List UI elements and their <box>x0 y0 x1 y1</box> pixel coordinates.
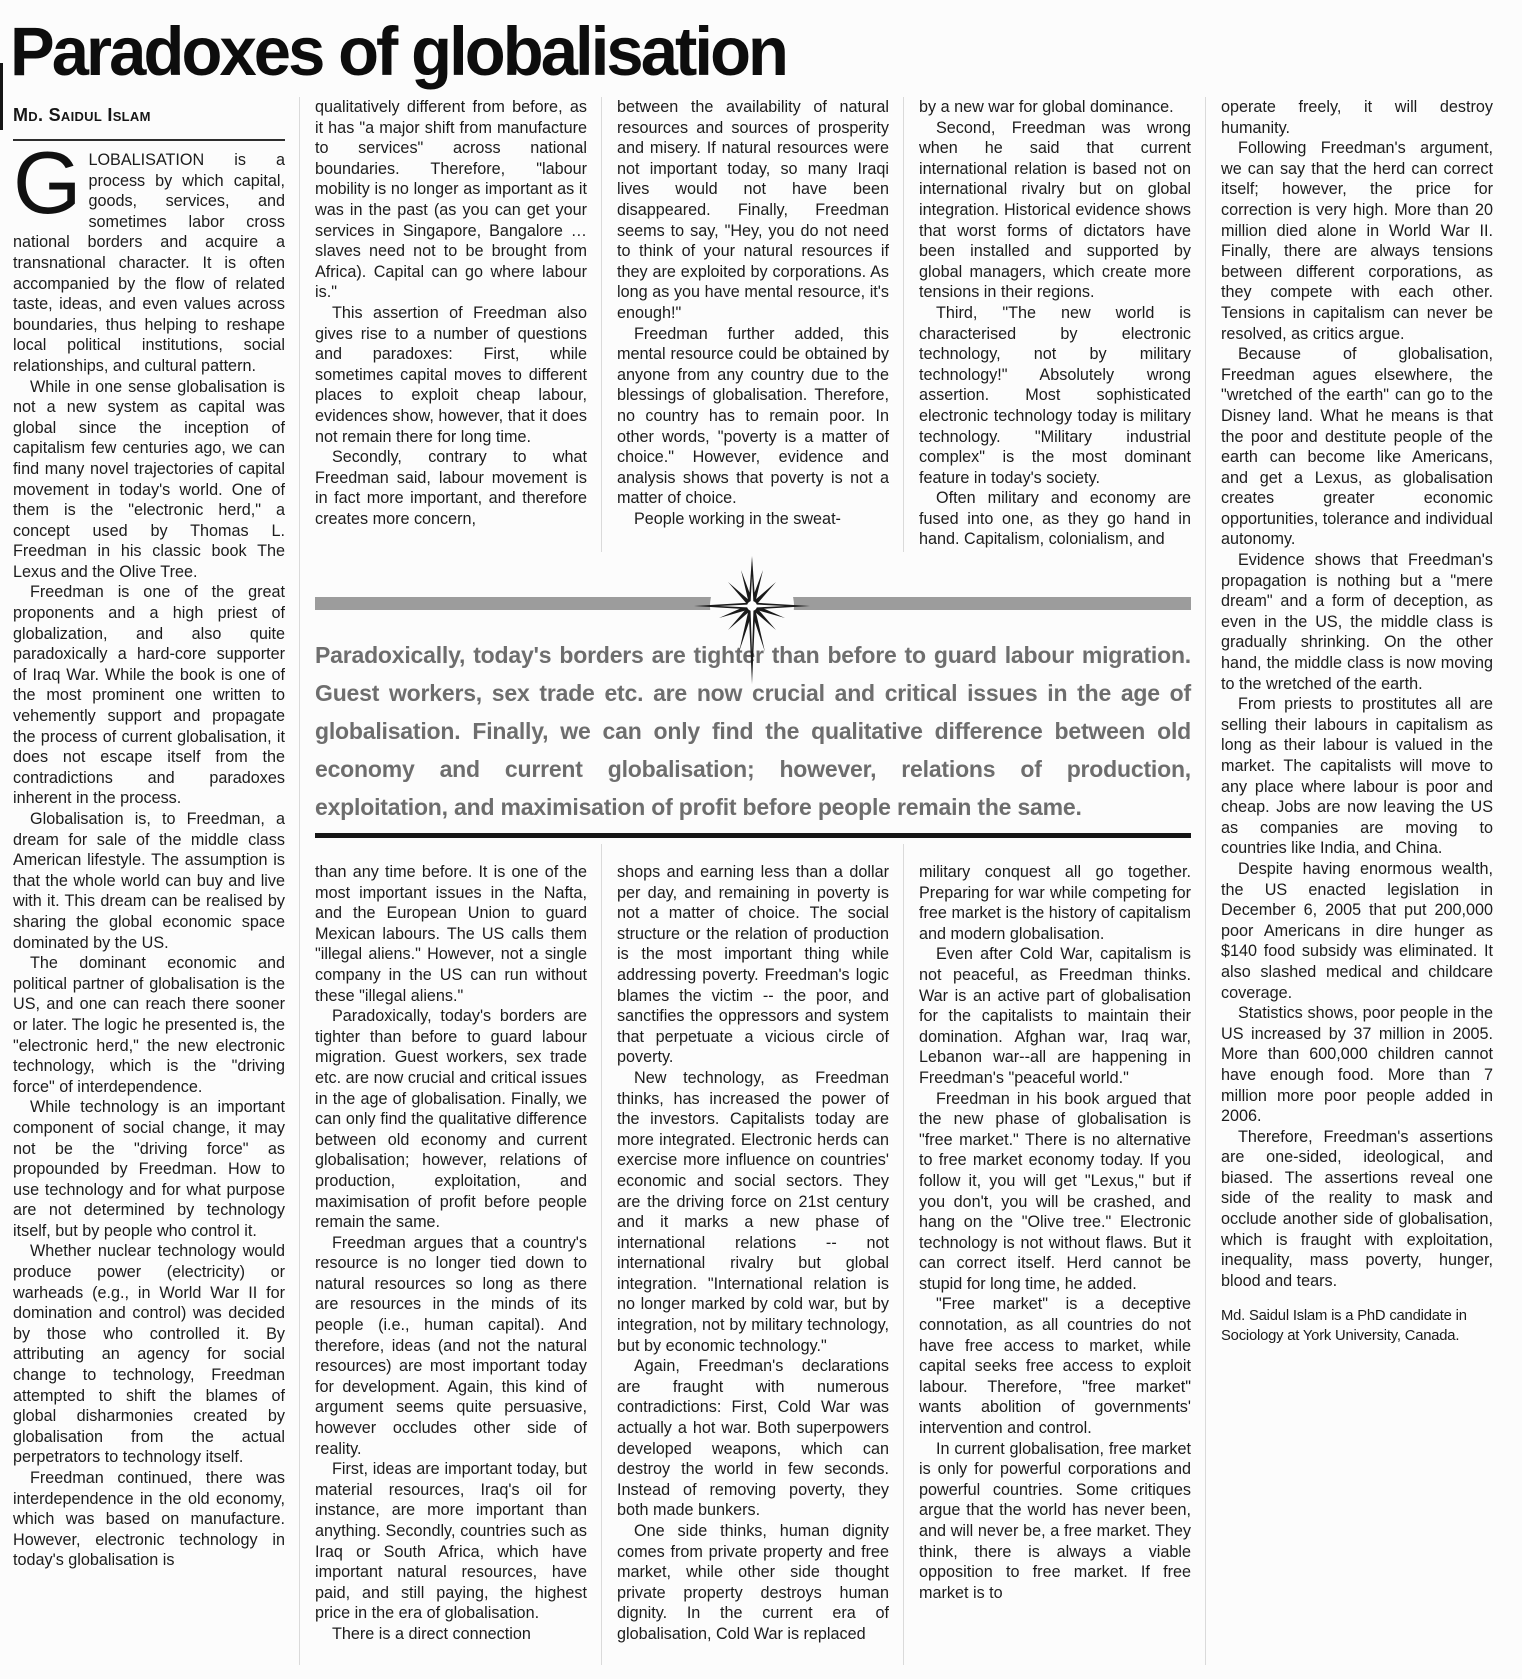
paragraph: Freedman is one of the great proponents … <box>13 582 285 809</box>
paragraph: While technology is an important compone… <box>13 1097 285 1241</box>
paragraph: Evidence shows that Freedman's propagati… <box>1221 550 1493 694</box>
paragraph: Third, "The new world is characterised b… <box>919 303 1191 488</box>
newspaper-page: Paradoxes of globalisation Md. Saidul Is… <box>0 0 1522 1679</box>
lead-paragraph: GLOBALISATION is a process by which capi… <box>13 150 285 377</box>
paragraph: Statistics shows, poor people in the US … <box>1221 1003 1493 1127</box>
paragraph: The dominant economic and political part… <box>13 953 285 1097</box>
paragraph: Following Freedman's argument, we can sa… <box>1221 138 1493 344</box>
paragraph: From priests to prostitutes all are sell… <box>1221 694 1493 859</box>
paragraph: qualitatively different from before, as … <box>315 97 587 303</box>
paragraph: Freedman further added, this mental reso… <box>617 324 889 509</box>
byline-divider <box>13 139 285 141</box>
paragraph: operate freely, it will destroy humanity… <box>1221 97 1493 138</box>
paragraph: Globalisation is, to Freedman, a dream f… <box>13 809 285 953</box>
paragraph: Secondly, contrary to what Freedman said… <box>315 447 587 529</box>
paragraph: between the availability of natural reso… <box>617 97 889 324</box>
starburst-icon <box>677 540 827 690</box>
paragraph: Again, Freedman's declarations are fraug… <box>617 1356 889 1521</box>
paragraph: by a new war for global dominance. <box>919 97 1191 118</box>
paragraph: Freedman continued, there was interdepen… <box>13 1468 285 1571</box>
paragraph: Despite having enormous wealth, the US e… <box>1221 859 1493 1003</box>
paragraph: military conquest all go together. Prepa… <box>919 862 1191 944</box>
column-5-text: operate freely, it will destroy humanity… <box>1221 97 1493 1291</box>
byline: Md. Saidul Islam <box>13 105 151 126</box>
column-4-top: by a new war for global dominance.Second… <box>919 97 1191 579</box>
column-4-bottom: military conquest all go together. Prepa… <box>919 862 1191 1672</box>
paragraph: Often military and economy are fused int… <box>919 488 1191 550</box>
paragraph: While in one sense globalisation is not … <box>13 377 285 583</box>
paragraph: Paradoxically, today's borders are tight… <box>315 1006 587 1233</box>
paragraph: In current globalisation, free market is… <box>919 1439 1191 1604</box>
paragraph: shops and earning less than a dollar per… <box>617 862 889 1068</box>
column-2-bottom: than any time before. It is one of the m… <box>315 862 587 1672</box>
paragraph: New technology, as Freedman thinks, has … <box>617 1068 889 1356</box>
paragraph: Even after Cold War, capitalism is not p… <box>919 944 1191 1088</box>
paragraph: Freedman in his book argued that the new… <box>919 1089 1191 1295</box>
paragraph: First, ideas are important today, but ma… <box>315 1459 587 1624</box>
pull-quote-bottom-rule <box>315 833 1191 838</box>
paragraph: Whether nuclear technology would produce… <box>13 1241 285 1468</box>
column-3-top: between the availability of natural reso… <box>617 97 889 579</box>
scan-edge-artifact <box>0 63 3 130</box>
column-divider <box>601 97 602 1665</box>
paragraph: Freedman argues that a country's resourc… <box>315 1233 587 1460</box>
column-divider <box>299 97 300 1665</box>
paragraph: Therefore, Freedman's assertions are one… <box>1221 1127 1493 1292</box>
column-divider <box>1205 97 1206 1665</box>
column-2-top: qualitatively different from before, as … <box>315 97 587 579</box>
column-divider <box>903 97 904 1665</box>
paragraph: Because of globalisation, Freedman agues… <box>1221 344 1493 550</box>
article-title: Paradoxes of globalisation <box>10 12 786 91</box>
pull-quote-block: Paradoxically, today's borders are tight… <box>315 552 1191 844</box>
column-3-bottom: shops and earning less than a dollar per… <box>617 862 889 1672</box>
column-5: operate freely, it will destroy humanity… <box>1221 97 1493 1673</box>
paragraph: One side thinks, human dignity comes fro… <box>617 1521 889 1645</box>
column-1-text: While in one sense globalisation is not … <box>13 377 285 1571</box>
column-1: GLOBALISATION is a process by which capi… <box>13 150 285 1672</box>
paragraph: There is a direct connection <box>315 1624 587 1645</box>
paragraph: People working in the sweat- <box>617 509 889 530</box>
paragraph: than any time before. It is one of the m… <box>315 862 587 1006</box>
author-bio: Md. Saidul Islam is a PhD candidate in S… <box>1221 1307 1493 1346</box>
paragraph: "Free market" is a deceptive connotation… <box>919 1294 1191 1438</box>
drop-cap: G <box>13 150 88 212</box>
paragraph: Second, Freedman was wrong when he said … <box>919 118 1191 303</box>
paragraph: This assertion of Freedman also gives ri… <box>315 303 587 447</box>
